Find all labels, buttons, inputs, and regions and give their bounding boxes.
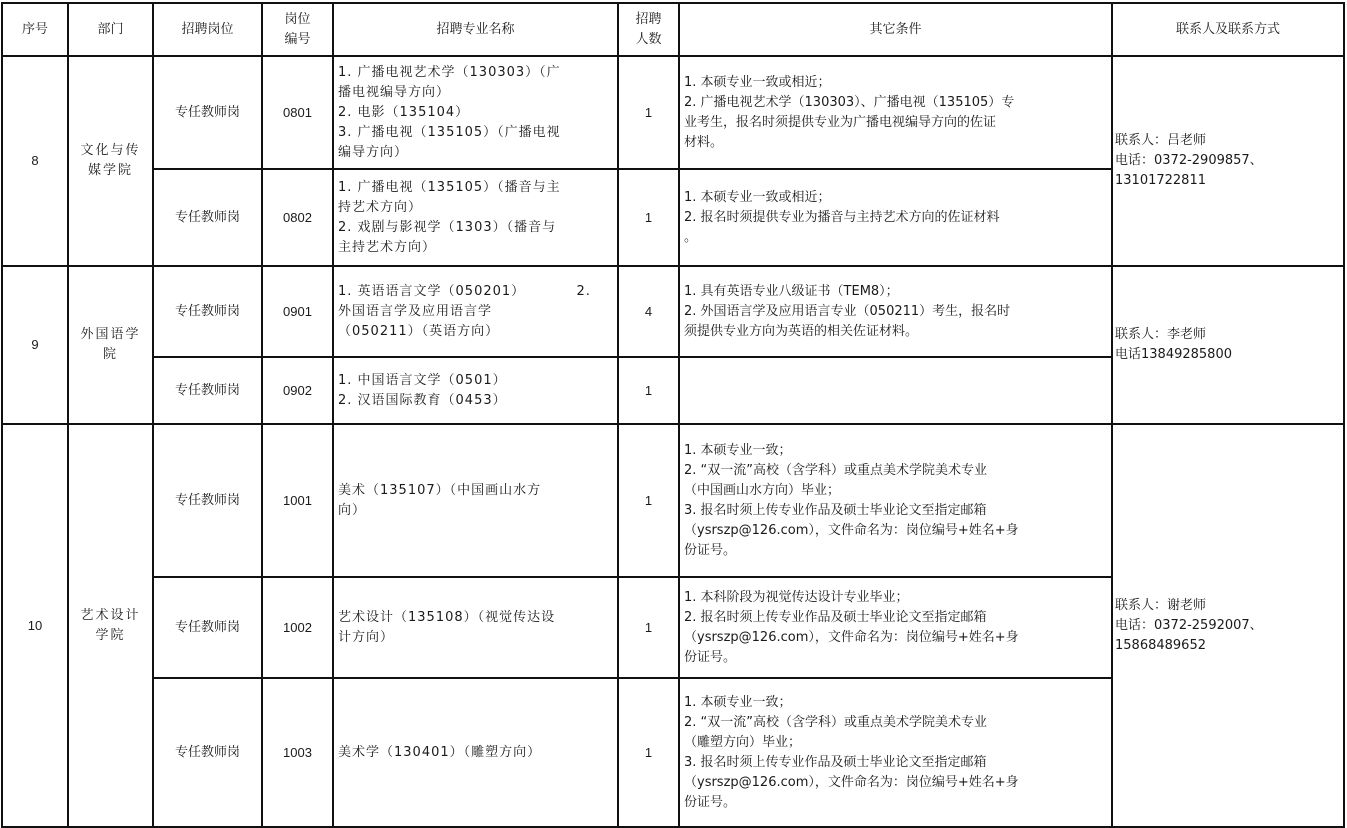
conditions-cell-empty [679,357,1112,424]
position-cell: 专任教师岗 [153,266,262,357]
seq-cell: 8 [2,56,68,266]
major-cell: 美术（135107）（中国画山水方 向） [333,424,618,577]
major-cell: 1. 中国语言文学（0501） 2. 汉语国际教育（0453） [333,357,618,424]
header-count: 招聘 人数 [618,3,679,56]
dept-cell: 文化与传 媒学院 [68,56,153,266]
dept-cell: 艺术设计 学院 [68,424,153,827]
count-cell: 4 [618,266,679,357]
code-cell: 1002 [262,577,333,678]
header-seq: 序号 [2,3,68,56]
major-cell: 1. 广播电视艺术学（130303）（广 播电视编导方向） 2. 电影（1351… [333,56,618,169]
header-contact: 联系人及联系方式 [1112,3,1344,56]
position-cell: 专任教师岗 [153,678,262,827]
code-cell: 1001 [262,424,333,577]
position-cell: 专任教师岗 [153,424,262,577]
header-conditions: 其它条件 [679,3,1112,56]
major-cell: 1. 广播电视（135105）（播音与主 持艺术方向） 2. 戏剧与影视学（13… [333,169,618,266]
conditions-cell: 1. 本硕专业一致或相近； 2. 报名时须提供专业为播音与主持艺术方向的佐证材料… [679,169,1112,266]
table-row: 8 文化与传 媒学院 专任教师岗 0801 1. 广播电视艺术学（130303）… [2,56,1344,169]
header-dept: 部门 [68,3,153,56]
position-cell: 专任教师岗 [153,577,262,678]
recruitment-table: 序号 部门 招聘岗位 岗位 编号 招聘专业名称 招聘 人数 其它条件 联系人及联… [1,2,1345,828]
count-cell: 1 [618,577,679,678]
table-row: 10 艺术设计 学院 专任教师岗 1001 美术（135107）（中国画山水方 … [2,424,1344,577]
contact-cell: 联系人：谢老师 电话：0372-2592007、 15868489652 [1112,424,1344,827]
conditions-cell: 1. 具有英语专业八级证书（TEM8）； 2. 外国语言学及应用语言专业（050… [679,266,1112,357]
major-cell: 艺术设计（135108）（视觉传达设 计方向） [333,577,618,678]
seq-cell: 9 [2,266,68,424]
conditions-cell: 1. 本科阶段为视觉传达设计专业毕业； 2. 报名时须上传专业作品及硕士毕业论文… [679,577,1112,678]
count-cell: 1 [618,169,679,266]
major-cell: 1. 英语语言文学（050201） 2. 外国语言学及应用语言学 （050211… [333,266,618,357]
code-cell: 0902 [262,357,333,424]
table-row: 9 外国语学 院 专任教师岗 0901 1. 英语语言文学（050201） 2.… [2,266,1344,357]
count-cell: 1 [618,357,679,424]
position-cell: 专任教师岗 [153,56,262,169]
code-cell: 0801 [262,56,333,169]
header-row: 序号 部门 招聘岗位 岗位 编号 招聘专业名称 招聘 人数 其它条件 联系人及联… [2,3,1344,56]
position-cell: 专任教师岗 [153,169,262,266]
contact-cell: 联系人：吕老师 电话：0372-2909857、 13101722811 [1112,56,1344,266]
header-position: 招聘岗位 [153,3,262,56]
conditions-cell: 1. 本硕专业一致或相近； 2. 广播电视艺术学（130303）、广播电视（13… [679,56,1112,169]
count-cell: 1 [618,678,679,827]
conditions-cell: 1. 本硕专业一致； 2. “双一流”高校（含学科）或重点美术学院美术专业 （雕… [679,678,1112,827]
contact-cell: 联系人：李老师 电话13849285800 [1112,266,1344,424]
header-code: 岗位 编号 [262,3,333,56]
header-major: 招聘专业名称 [333,3,618,56]
position-cell: 专任教师岗 [153,357,262,424]
code-cell: 0901 [262,266,333,357]
code-cell: 0802 [262,169,333,266]
count-cell: 1 [618,56,679,169]
code-cell: 1003 [262,678,333,827]
dept-cell: 外国语学 院 [68,266,153,424]
count-cell: 1 [618,424,679,577]
conditions-cell: 1. 本硕专业一致； 2. “双一流”高校（含学科）或重点美术学院美术专业 （中… [679,424,1112,577]
seq-cell: 10 [2,424,68,827]
major-cell: 美术学（130401）（雕塑方向） [333,678,618,827]
